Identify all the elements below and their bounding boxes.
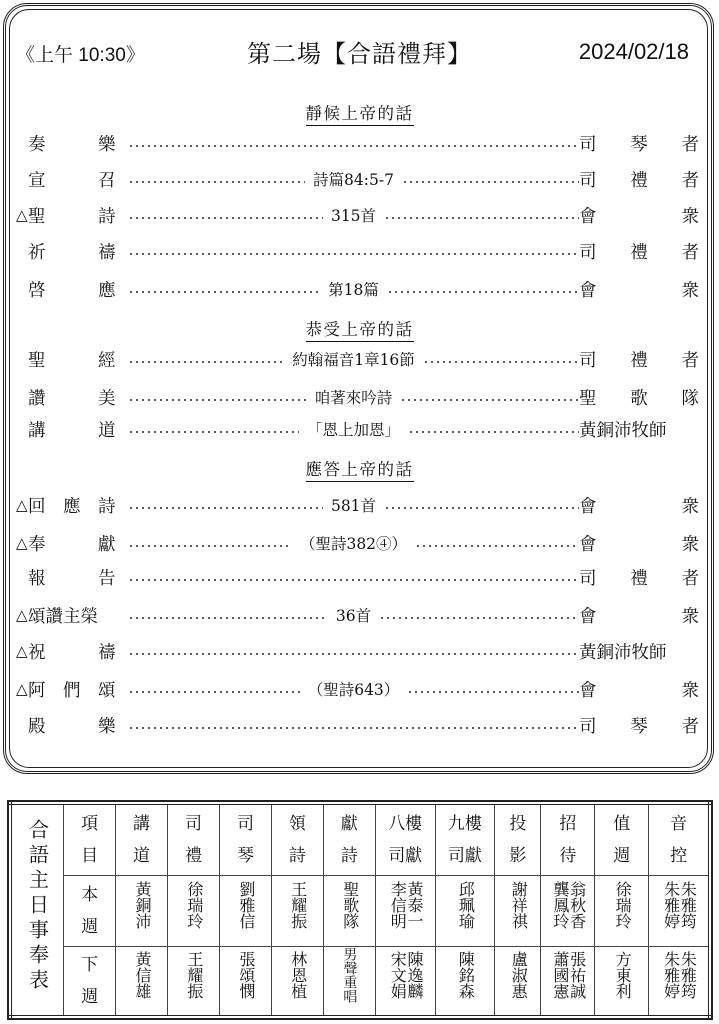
duty-header-cell: 項目 <box>64 803 116 876</box>
duty-cell: 蕭國憲張祐誠 <box>541 946 595 1017</box>
duty-header-text: 獻 <box>324 808 375 840</box>
dotted-leader <box>128 399 307 401</box>
order-item-name: 讚 美 <box>16 385 128 410</box>
order-item-label: 講 道 <box>28 417 116 442</box>
responsible-char: 黃銅沛牧師 <box>579 639 667 664</box>
responsible-char: 者 <box>682 239 700 264</box>
dotted-leader <box>128 545 292 547</box>
order-item-leader: 581首 <box>128 494 579 516</box>
duty-header-text: 司獻 <box>436 840 495 872</box>
responsible-char: 衆 <box>682 203 700 228</box>
order-item: 聖 經約翰福音1章16節司禮者 <box>16 345 699 373</box>
section-heading-3: 應答上帝的話 <box>0 456 719 480</box>
order-item: △阿 們 頌（聖詩643）會衆 <box>16 675 699 703</box>
order-item-label: 奉 獻 <box>28 531 116 556</box>
duty-person-name: 徐瑞玲 <box>185 881 202 929</box>
order-item-detail: 詩篇84:5-7 <box>305 168 402 190</box>
responsible-char: 衆 <box>682 531 700 556</box>
duty-person-name: 黃泰一 <box>405 881 422 929</box>
responsible-char: 禮 <box>630 167 648 192</box>
duty-person-name: 蕭國憲 <box>551 951 568 999</box>
order-item-label: 殿 樂 <box>28 713 116 738</box>
responsible-char: 衆 <box>682 493 700 518</box>
responsible-char: 琴 <box>630 713 648 738</box>
duty-header-cell: 值週 <box>595 803 649 876</box>
responsible-char: 禮 <box>630 565 648 590</box>
duty-header-text: 八樓 <box>376 808 435 840</box>
duty-person-name: 朱雅筠 <box>679 881 696 929</box>
duty-header-text: 詩 <box>272 840 323 872</box>
order-item-responsible: 司琴者 <box>579 131 699 156</box>
duty-header-text: 投 <box>495 808 540 840</box>
order-item-leader: 詩篇84:5-7 <box>128 168 579 190</box>
duty-header-text: 待 <box>541 840 594 872</box>
order-item-leader: （聖詩643） <box>128 678 579 700</box>
duty-cell: 盧淑惠 <box>495 946 541 1017</box>
order-item: 讚 美咱著來吟詩聖歌隊 <box>16 383 699 411</box>
dotted-leader <box>128 653 579 655</box>
dotted-leader <box>128 617 328 619</box>
duty-roster-table: 合語主日事奉表 項目講道司禮司琴領詩獻詩八樓司獻九樓司獻投影招待值週音控 本週黃… <box>8 801 712 1019</box>
duty-header-text: 詩 <box>324 840 375 872</box>
order-item-name: △頌讚主榮 <box>16 603 128 628</box>
responsible-char: 會 <box>579 531 597 556</box>
triangle-stand-icon: △ <box>16 206 28 224</box>
order-item: △回 應 詩581首會衆 <box>16 491 699 519</box>
responsible-char: 者 <box>682 713 700 738</box>
duty-person-name: 劉雅信 <box>237 881 254 929</box>
dotted-leader <box>128 217 323 219</box>
order-item-leader <box>128 247 579 255</box>
dotted-leader <box>402 181 579 183</box>
duty-cell: 王耀振 <box>271 876 323 947</box>
order-item-responsible: 會衆 <box>579 603 699 628</box>
dotted-leader <box>415 545 579 547</box>
dotted-leader <box>128 579 579 581</box>
responsible-char: 司 <box>579 167 597 192</box>
order-item-name: △聖 詩 <box>16 203 128 228</box>
order-item-detail: 第18篇 <box>320 278 387 300</box>
duty-header-text: 司 <box>168 808 219 840</box>
order-item: 宣 召詩篇84:5-7司禮者 <box>16 165 699 193</box>
triangle-stand-icon: △ <box>16 680 28 698</box>
responsible-char: 者 <box>682 565 700 590</box>
duty-person-name: 李信明 <box>388 881 405 929</box>
duty-cell: 黃銅沛 <box>116 876 168 947</box>
triangle-stand-icon: △ <box>16 534 28 552</box>
duty-person-name: 宋文娟 <box>388 951 405 999</box>
duty-person-name: 聖歌隊 <box>341 881 358 929</box>
order-item-detail: （聖詩382④） <box>292 532 415 554</box>
duty-header-text: 琴 <box>220 840 271 872</box>
responsible-char: 禮 <box>630 347 648 372</box>
duty-header-text: 週 <box>595 840 648 872</box>
duty-person-name: 方東利 <box>613 951 630 999</box>
duty-person-name: 朱雅婷 <box>662 951 679 999</box>
duty-person-name: 王耀振 <box>185 951 202 999</box>
order-item-name: △阿 們 頌 <box>16 677 128 702</box>
dotted-leader <box>128 145 579 147</box>
duty-cell: 林恩植 <box>271 946 323 1017</box>
duty-header-text: 控 <box>649 840 708 872</box>
dotted-leader <box>379 617 579 619</box>
order-item-detail: 約翰福音1章16節 <box>284 348 423 370</box>
dotted-leader <box>128 431 299 433</box>
responsible-char: 會 <box>579 493 597 518</box>
duty-person-name: 陳銘森 <box>457 951 474 999</box>
responsible-char: 會 <box>579 203 597 228</box>
order-item: △聖 詩315首會衆 <box>16 201 699 229</box>
duty-cell: 聖歌隊 <box>323 876 375 947</box>
duty-header-text: 目 <box>64 840 115 872</box>
duty-cell: 龔鳳玲翁秋香 <box>541 876 595 947</box>
dotted-leader <box>387 291 579 293</box>
order-item-detail: （聖詩643） <box>300 678 408 700</box>
dotted-leader <box>407 691 579 693</box>
duty-header-cell: 獻詩 <box>323 803 375 876</box>
dotted-leader <box>408 431 579 433</box>
duty-person-name: 黃信雄 <box>133 951 150 999</box>
duty-person-name: 朱雅筠 <box>679 951 696 999</box>
duty-header-cell: 招待 <box>541 803 595 876</box>
order-item-leader <box>128 139 579 147</box>
order-item-label: 宣 召 <box>28 167 116 192</box>
order-item-name: 宣 召 <box>16 167 128 192</box>
order-item: 講 道「恩上加恩」黃銅沛牧師 <box>16 415 699 443</box>
duty-week-label: 下週 <box>64 946 116 1017</box>
responsible-char: 聖 <box>579 385 597 410</box>
duty-header-text: 司獻 <box>376 840 435 872</box>
dotted-leader <box>128 691 300 693</box>
duty-header-text: 影 <box>495 840 540 872</box>
order-item-label: 聖 詩 <box>28 203 116 228</box>
duty-person-name: 男聲重唱 <box>342 947 356 1003</box>
order-item-name: △奉 獻 <box>16 531 128 556</box>
order-item-responsible: 會衆 <box>579 203 699 228</box>
dotted-leader <box>128 291 320 293</box>
order-item-responsible: 黃銅沛牧師 <box>579 417 699 442</box>
dotted-leader <box>128 253 579 255</box>
order-item-leader: 「恩上加恩」 <box>128 418 579 440</box>
order-item: 奏 樂司琴者 <box>16 129 699 157</box>
duty-person-name: 盧淑惠 <box>509 951 526 999</box>
order-item-name: 啓 應 <box>16 277 128 302</box>
triangle-stand-icon: △ <box>16 606 28 624</box>
order-item-label: 啓 應 <box>28 277 116 302</box>
duty-cell: 王耀振 <box>168 946 220 1017</box>
week-label-char: 週 <box>64 981 115 1013</box>
dotted-leader <box>128 361 284 363</box>
duty-person-name: 朱雅婷 <box>662 881 679 929</box>
dotted-leader <box>128 507 323 509</box>
triangle-stand-icon: △ <box>16 496 28 514</box>
order-item-label: 奏 樂 <box>28 131 116 156</box>
order-item-responsible: 司禮者 <box>579 167 699 192</box>
order-item-label: 祝 禱 <box>28 639 116 664</box>
duty-next-week-row: 下週黃信雄王耀振張頌憫林恩植男聲重唱宋文娟陳逸麟陳銘森盧淑惠蕭國憲張祐誠方東利朱… <box>10 946 710 1017</box>
dotted-leader <box>423 361 579 363</box>
order-item-leader: （聖詩382④） <box>128 532 579 554</box>
duty-table-title: 合語主日事奉表 <box>10 803 64 1017</box>
order-item-responsible: 司禮者 <box>579 565 699 590</box>
duty-week-label: 本週 <box>64 876 116 947</box>
duty-cell: 李信明黃泰一 <box>375 876 435 947</box>
duty-header-cell: 講道 <box>116 803 168 876</box>
duty-person-name: 林恩植 <box>289 951 306 999</box>
duty-cell: 謝祥祺 <box>495 876 541 947</box>
responsible-char: 琴 <box>630 131 648 156</box>
duty-header-text: 道 <box>116 840 167 872</box>
responsible-char: 衆 <box>682 603 700 628</box>
order-item-responsible: 黃銅沛牧師 <box>579 639 699 664</box>
responsible-char: 司 <box>579 713 597 738</box>
triangle-stand-icon: △ <box>16 642 28 660</box>
order-item-leader <box>128 647 579 655</box>
order-item-responsible: 會衆 <box>579 493 699 518</box>
order-item-responsible: 會衆 <box>579 277 699 302</box>
order-item-label: 報 告 <box>28 565 116 590</box>
week-label-char: 下 <box>64 949 115 981</box>
order-item-detail: 「恩上加恩」 <box>299 418 408 440</box>
duty-person-name: 張頌憫 <box>237 951 254 999</box>
order-item: 啓 應第18篇會衆 <box>16 275 699 303</box>
order-item: 報 告司禮者 <box>16 563 699 591</box>
duty-header-text: 禮 <box>168 840 219 872</box>
order-item-leader: 36首 <box>128 604 579 626</box>
responsible-char: 司 <box>579 239 597 264</box>
duty-cell: 邱珮瑜 <box>435 876 495 947</box>
order-item-detail: 315首 <box>323 204 384 226</box>
duty-header-text: 項 <box>64 808 115 840</box>
dotted-leader <box>128 727 579 729</box>
order-item-name: 聖 經 <box>16 347 128 372</box>
duty-person-name: 謝祥祺 <box>509 881 526 929</box>
order-item-label: 聖 經 <box>28 347 116 372</box>
responsible-char: 隊 <box>682 385 700 410</box>
duty-header-cell: 司禮 <box>168 803 220 876</box>
order-item-responsible: 會衆 <box>579 677 699 702</box>
responsible-char: 禮 <box>630 239 648 264</box>
responsible-char: 者 <box>682 167 700 192</box>
order-item-name: 殿 樂 <box>16 713 128 738</box>
responsible-char: 會 <box>579 603 597 628</box>
duty-person-name: 邱珮瑜 <box>457 881 474 929</box>
duty-person-name: 徐瑞玲 <box>613 881 630 929</box>
order-item-name: 祈 禱 <box>16 239 128 264</box>
duty-header-cell: 司琴 <box>219 803 271 876</box>
order-item-label: 阿 們 頌 <box>28 677 116 702</box>
week-label-char: 週 <box>64 911 115 943</box>
order-item-leader <box>128 573 579 581</box>
order-item-name: △回 應 詩 <box>16 493 128 518</box>
order-item: △頌讚主榮36首會衆 <box>16 601 699 629</box>
responsible-char: 司 <box>579 131 597 156</box>
duty-person-name: 黃銅沛 <box>133 881 150 929</box>
duty-cell: 徐瑞玲 <box>595 876 649 947</box>
responsible-char: 者 <box>682 347 700 372</box>
duty-header-text: 九樓 <box>436 808 495 840</box>
order-item-label: 頌讚主榮 <box>28 603 98 628</box>
order-item-detail: 581首 <box>323 494 384 516</box>
section-heading-1: 靜候上帝的話 <box>0 100 719 124</box>
order-item-leader: 咱著來吟詩 <box>128 386 579 408</box>
duty-cell: 張頌憫 <box>219 946 271 1017</box>
duty-person-name: 陳逸麟 <box>405 951 422 999</box>
duty-header-cell: 音控 <box>649 803 710 876</box>
duty-person-name: 王耀振 <box>289 881 306 929</box>
order-item: 祈 禱司禮者 <box>16 237 699 265</box>
duty-header-cell: 八樓司獻 <box>375 803 435 876</box>
responsible-char: 黃銅沛牧師 <box>579 417 667 442</box>
week-label-char: 本 <box>64 879 115 911</box>
order-item-label: 讚 美 <box>28 385 116 410</box>
duty-person-name: 翁秋香 <box>568 881 585 929</box>
responsible-char: 會 <box>579 677 597 702</box>
duty-header-text: 司 <box>220 808 271 840</box>
duty-header-text: 領 <box>272 808 323 840</box>
responsible-char: 司 <box>579 347 597 372</box>
order-item-leader: 約翰福音1章16節 <box>128 348 579 370</box>
duty-header-text: 音 <box>649 808 708 840</box>
order-item: 殿 樂司琴者 <box>16 711 699 739</box>
duty-cell: 朱雅婷朱雅筠 <box>649 876 710 947</box>
service-date: 2024/02/18 <box>579 39 689 65</box>
duty-cell: 劉雅信 <box>219 876 271 947</box>
duty-header-text: 值 <box>595 808 648 840</box>
responsible-char: 會 <box>579 277 597 302</box>
order-item-detail: 36首 <box>328 604 379 626</box>
responsible-char: 衆 <box>682 677 700 702</box>
dotted-leader <box>384 217 579 219</box>
duty-header-row: 合語主日事奉表 項目講道司禮司琴領詩獻詩八樓司獻九樓司獻投影招待值週音控 <box>10 803 710 876</box>
order-item-name: 奏 樂 <box>16 131 128 156</box>
order-item-leader: 第18篇 <box>128 278 579 300</box>
duty-header-text: 講 <box>116 808 167 840</box>
duty-this-week-row: 本週黃銅沛徐瑞玲劉雅信王耀振聖歌隊李信明黃泰一邱珮瑜謝祥祺龔鳳玲翁秋香徐瑞玲朱雅… <box>10 876 710 947</box>
duty-header-text: 招 <box>541 808 594 840</box>
responsible-char: 司 <box>579 565 597 590</box>
duty-person-name: 張祐誠 <box>568 951 585 999</box>
duty-header-cell: 投影 <box>495 803 541 876</box>
order-item-leader <box>128 721 579 729</box>
responsible-char: 者 <box>682 131 700 156</box>
dotted-leader <box>128 181 305 183</box>
order-item-label: 祈 禱 <box>28 239 116 264</box>
duty-cell: 徐瑞玲 <box>168 876 220 947</box>
order-item-responsible: 司禮者 <box>579 347 699 372</box>
duty-cell: 宋文娟陳逸麟 <box>375 946 435 1017</box>
duty-cell: 男聲重唱 <box>323 946 375 1017</box>
section-heading-2: 恭受上帝的話 <box>0 316 719 340</box>
order-item-responsible: 聖歌隊 <box>579 385 699 410</box>
dotted-leader <box>384 507 579 509</box>
order-item: △奉 獻（聖詩382④）會衆 <box>16 529 699 557</box>
duty-cell: 朱雅婷朱雅筠 <box>649 946 710 1017</box>
duty-cell: 黃信雄 <box>116 946 168 1017</box>
duty-header-cell: 領詩 <box>271 803 323 876</box>
responsible-char: 歌 <box>630 385 648 410</box>
order-item-name: △祝 禱 <box>16 639 128 664</box>
order-item: △祝 禱黃銅沛牧師 <box>16 637 699 665</box>
order-item-name: 講 道 <box>16 417 128 442</box>
order-item-detail: 咱著來吟詩 <box>307 386 401 408</box>
duty-person-name: 龔鳳玲 <box>551 881 568 929</box>
order-item-responsible: 會衆 <box>579 531 699 556</box>
duty-cell: 方東利 <box>595 946 649 1017</box>
order-item-label: 回 應 詩 <box>28 493 116 518</box>
order-item-name: 報 告 <box>16 565 128 590</box>
dotted-leader <box>400 399 579 401</box>
order-item-responsible: 司琴者 <box>579 713 699 738</box>
order-item-leader: 315首 <box>128 204 579 226</box>
responsible-char: 衆 <box>682 277 700 302</box>
duty-header-cell: 九樓司獻 <box>435 803 495 876</box>
duty-cell: 陳銘森 <box>435 946 495 1017</box>
order-item-responsible: 司禮者 <box>579 239 699 264</box>
